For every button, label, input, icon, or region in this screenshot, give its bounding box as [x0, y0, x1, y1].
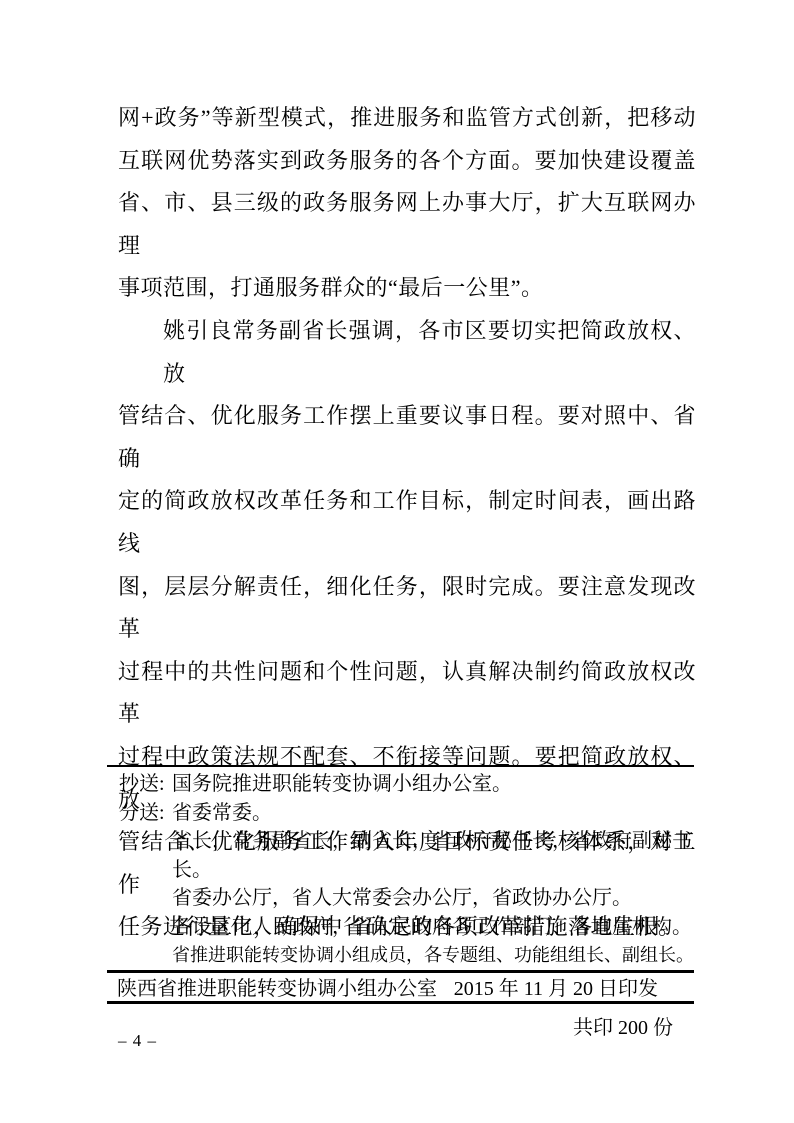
- cc-label: 抄送:: [119, 770, 172, 799]
- dist-content: 省委办公厅，省人大常委会办公厅，省政协办公厅。: [172, 884, 632, 913]
- print-date: 2015 年 11 月 20 日印发: [454, 972, 658, 1001]
- body-line: 姚引良常务副省长强调，各市区要切实把简政放权、放: [118, 310, 696, 395]
- body-line: 管结合、优化服务工作摆上重要议事日程。要对照中、省确: [118, 395, 696, 480]
- body-line: 互联网优势落实到政务服务的各个方面。要加快建设覆盖: [118, 140, 696, 183]
- dist-line: 省长，常务副省长，副省长，省政府秘书长，省政府副秘书长。: [107, 827, 694, 884]
- issuer-name: 陕西省推进职能转变协调小组办公室: [117, 972, 437, 1001]
- dist-line: 各设区市人民政府，省人民政府各工作部门、各直属机构。: [107, 913, 694, 942]
- imprint-line: 陕西省推进职能转变协调小组办公室 2015 年 11 月 20 日印发: [107, 973, 694, 1001]
- dist-label: 分送:: [119, 799, 172, 828]
- body-line: 事项范围，打通服务群众的“最后一公里”。: [118, 267, 696, 310]
- cc-line: 抄送: 国务院推进职能转变协调小组办公室。: [107, 770, 694, 799]
- dist-line: 省委办公厅，省人大常委会办公厅，省政协办公厅。: [107, 884, 694, 913]
- dist-content: 省委常委。: [172, 799, 272, 828]
- page-number: – 4 –: [118, 1031, 157, 1051]
- body-line: 图，层层分解责任，细化任务，限时完成。要注意发现改革: [118, 566, 696, 651]
- distribution-block: 抄送: 国务院推进职能转变协调小组办公室。 分送: 省委常委。 省长，常务副省长…: [107, 767, 694, 970]
- copies-count: 共印 200 份: [107, 1017, 694, 1039]
- body-line: 省、市、县三级的政务服务网上办事大厅，扩大互联网办理: [118, 182, 696, 267]
- body-line: 过程中的共性问题和个性问题，认真解决制约简政放权改革: [118, 651, 696, 736]
- dist-line: 省推进职能转变协调小组成员，各专题组、功能组组长、副组长。: [107, 941, 694, 970]
- colophon: 抄送: 国务院推进职能转变协调小组办公室。 分送: 省委常委。 省长，常务副省长…: [107, 765, 694, 1039]
- body-line: 网+政务”等新型模式，推进服务和监管方式创新，把移动: [118, 97, 696, 140]
- body-line: 定的简政放权改革任务和工作目标，制定时间表，画出路线: [118, 480, 696, 565]
- dist-line: 分送: 省委常委。: [107, 799, 694, 828]
- document-page: 网+政务”等新型模式，推进服务和监管方式创新，把移动 互联网优势落实到政务服务的…: [0, 0, 794, 1123]
- cc-content: 国务院推进职能转变协调小组办公室。: [172, 770, 512, 799]
- dist-content: 省推进职能转变协调小组成员，各专题组、功能组组长、副组长。: [172, 941, 694, 970]
- dist-content: 省长，常务副省长，副省长，省政府秘书长，省政府副秘书长。: [172, 827, 694, 884]
- dist-content: 各设区市人民政府，省人民政府各工作部门、各直属机构。: [172, 913, 692, 942]
